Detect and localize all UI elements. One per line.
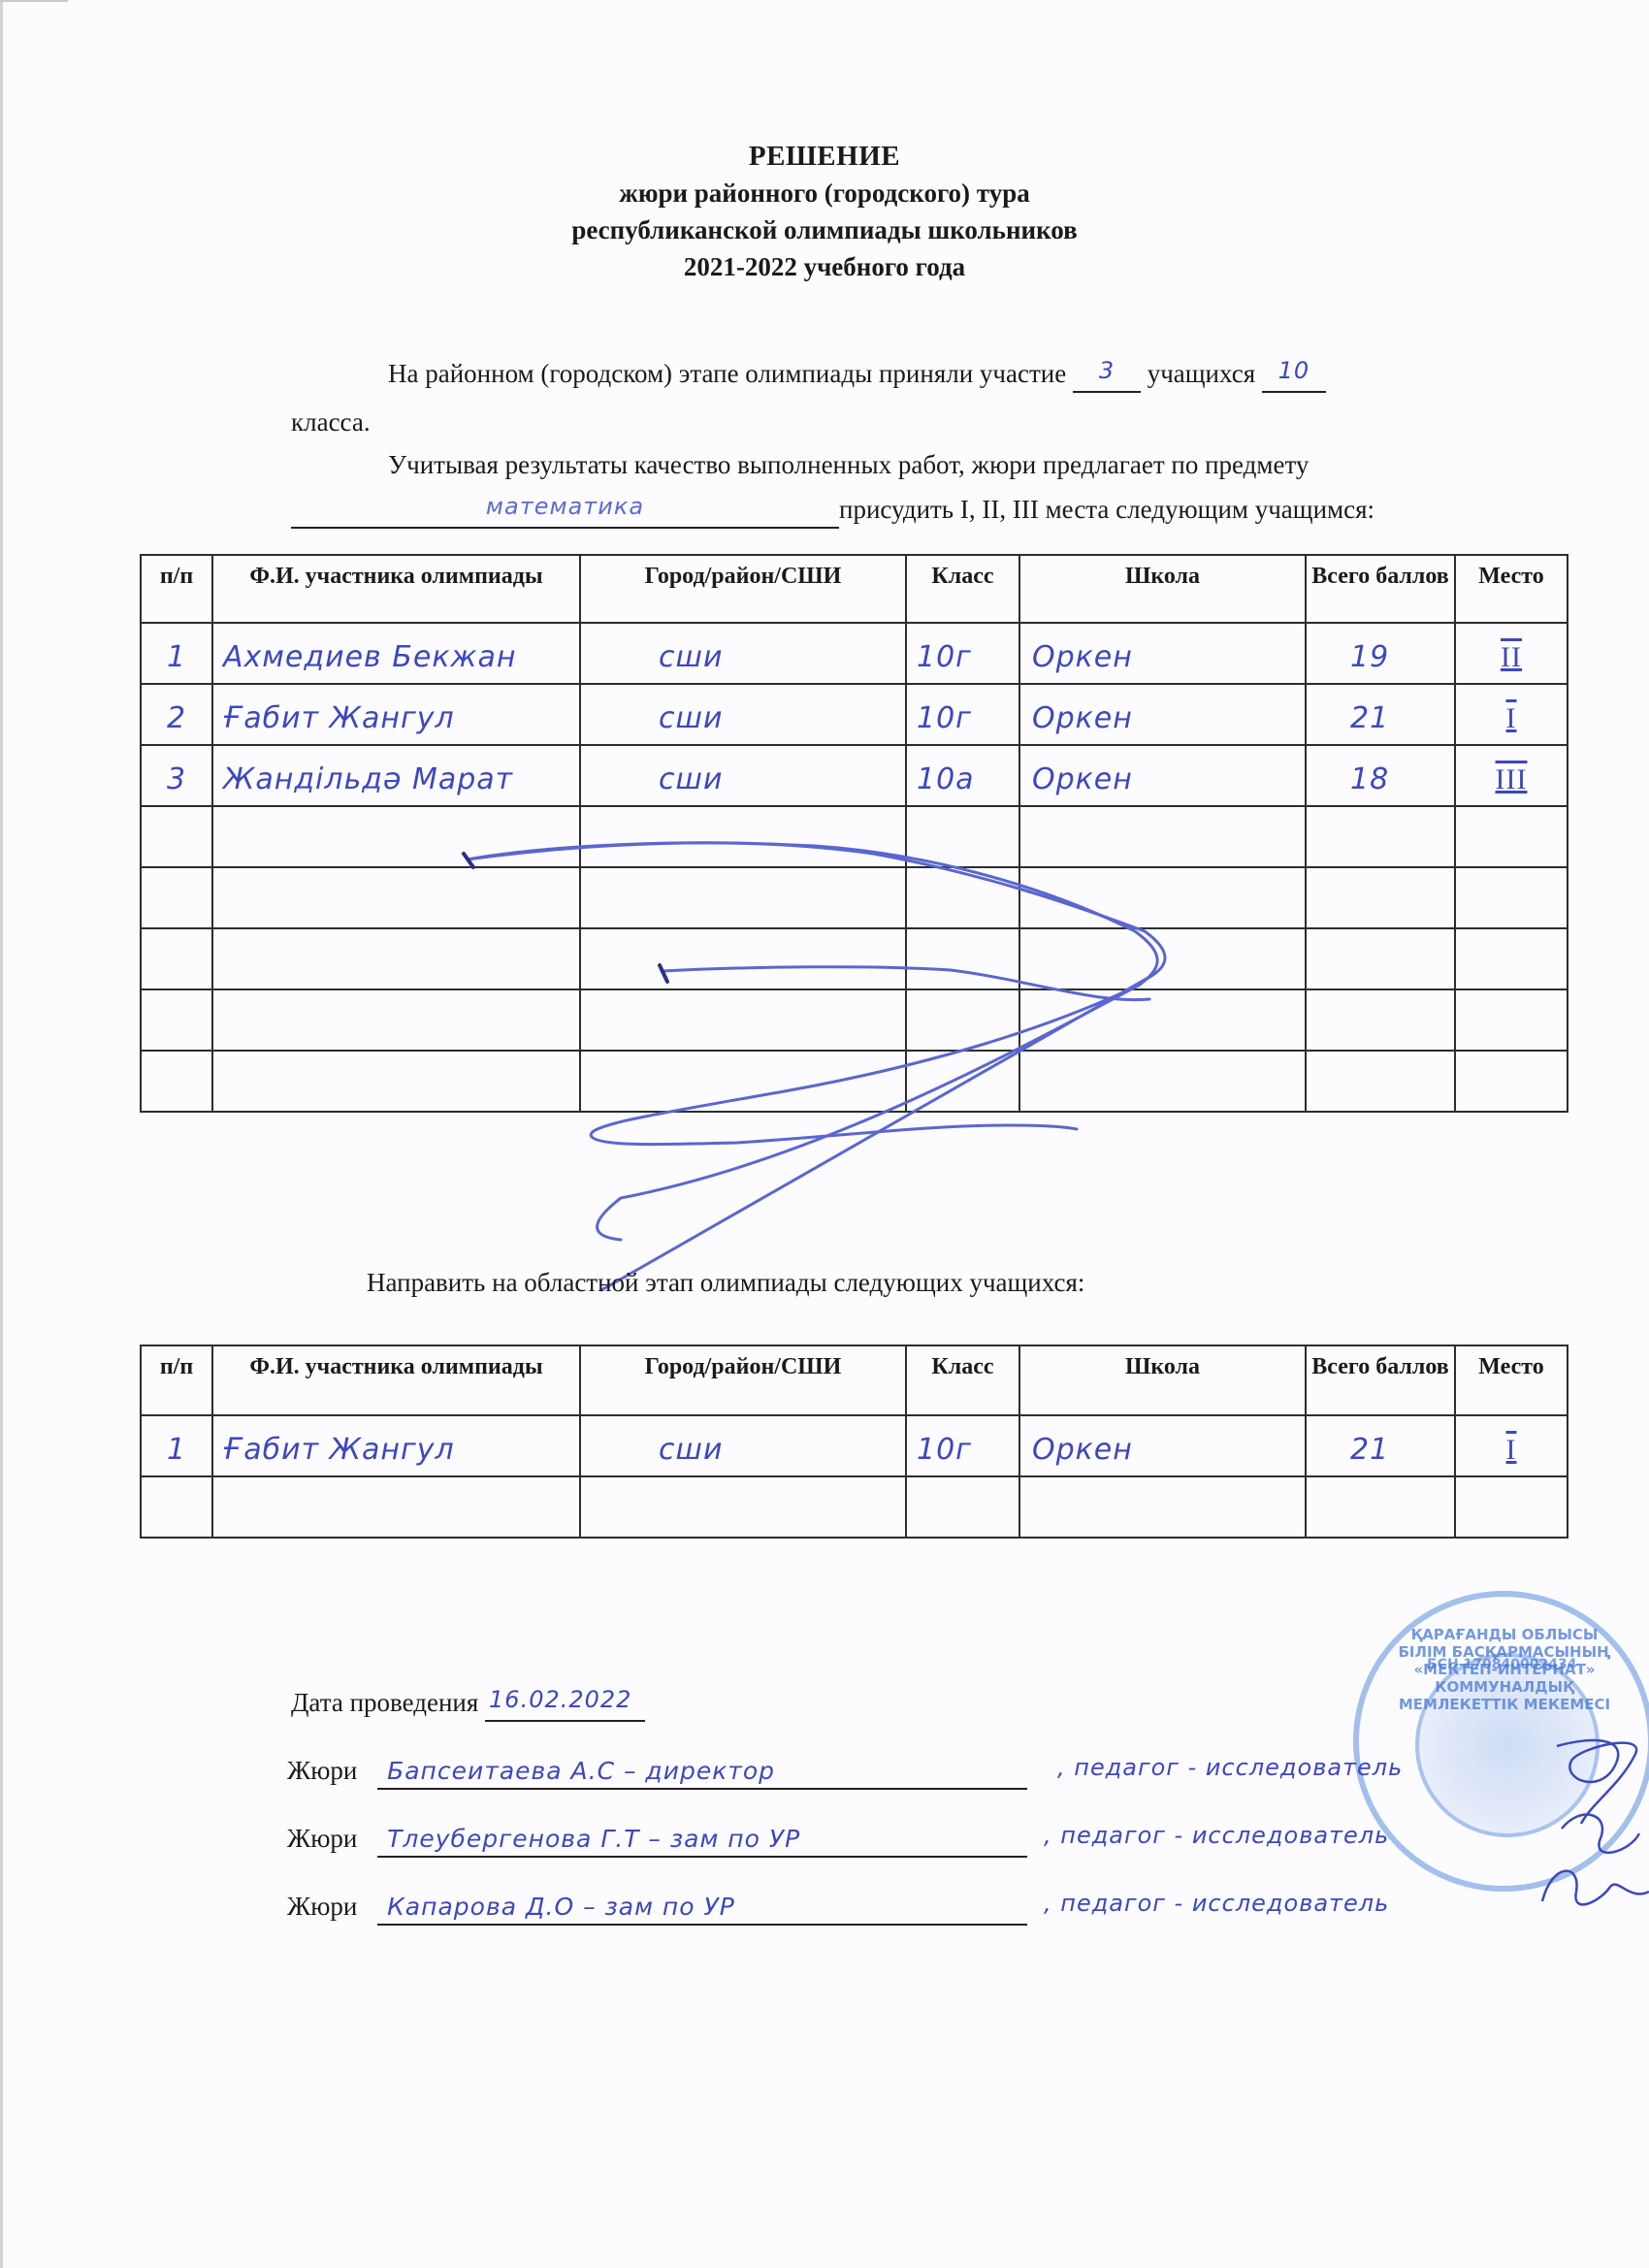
- cell-city-value: [581, 922, 905, 927]
- cell-score[interactable]: [1306, 989, 1455, 1051]
- cell-place-value: I: [1456, 699, 1567, 744]
- cell-score-value: [1307, 860, 1454, 866]
- cell-num-value: [142, 1531, 211, 1537]
- cell-score[interactable]: 19: [1306, 623, 1455, 684]
- cell-score-value: [1307, 1531, 1454, 1537]
- col-header-school: Школа: [1019, 1345, 1306, 1415]
- date-value: 16.02.2022: [485, 1686, 631, 1713]
- date-field[interactable]: 16.02.2022: [485, 1686, 645, 1722]
- cell-name[interactable]: [212, 1051, 580, 1112]
- col-header-name: Ф.И. участника олимпиады: [212, 1345, 580, 1415]
- cell-name[interactable]: [212, 989, 580, 1051]
- cell-city-value: сши: [581, 761, 905, 805]
- participants-count-field[interactable]: 3: [1073, 357, 1141, 393]
- intro-text-4: присудить I, II, III места следующим уча…: [839, 495, 1374, 524]
- cell-score-value: [1307, 922, 1454, 927]
- cell-num[interactable]: [141, 989, 212, 1051]
- cell-school-value: [1020, 1531, 1305, 1537]
- col-header-city: Город/район/СШИ: [580, 1345, 906, 1415]
- cell-school[interactable]: [1019, 1051, 1306, 1112]
- cell-class-value: 10г: [907, 638, 1018, 683]
- col-header-num: п/п: [141, 555, 212, 623]
- cell-city[interactable]: [580, 928, 906, 989]
- jury-label: Жюри: [287, 1756, 357, 1785]
- table-row: [141, 806, 1568, 867]
- cell-place-value: [1456, 860, 1567, 866]
- jury-line-1: Жюри Бапсеитаева А.С – директор: [287, 1754, 1027, 1790]
- document-title: РЕШЕНИЕ: [0, 138, 1649, 175]
- cell-class-value: 10а: [907, 761, 1018, 805]
- cell-name[interactable]: Ахмедиев Бекжан: [212, 623, 580, 684]
- cell-score-value: 18: [1307, 761, 1454, 805]
- intro-text-3: класса.: [291, 405, 371, 438]
- cell-num[interactable]: [141, 806, 212, 867]
- cell-place[interactable]: [1455, 1051, 1568, 1112]
- cell-class[interactable]: 10г: [906, 684, 1019, 745]
- cell-class[interactable]: 10г: [906, 1415, 1019, 1476]
- jury-label: Жюри: [287, 1824, 357, 1853]
- subject-field[interactable]: математика: [291, 493, 839, 529]
- cell-name[interactable]: [212, 806, 580, 867]
- cell-score[interactable]: [1306, 1051, 1455, 1112]
- table-row: 2Ғабит Жангулсши10гОркен21I: [141, 684, 1568, 745]
- cell-city-value: [581, 1105, 905, 1111]
- cell-city[interactable]: сши: [580, 684, 906, 745]
- signatures: [0, 0, 1649, 2268]
- cell-city-value: сши: [581, 1431, 905, 1475]
- jury-field-2[interactable]: Тлеубергенова Г.Т – зам по УР: [377, 1822, 1027, 1858]
- intro-line-2: Учитывая результаты качество выполненных…: [388, 448, 1309, 481]
- official-stamp: ҚАРАҒАНДЫ ОБЛЫСЫ БІЛІМ БАСҚАРМАСЫНЫҢ «МЕ…: [1353, 1591, 1649, 1892]
- cell-class-value: [907, 1531, 1018, 1537]
- cell-place[interactable]: II: [1455, 623, 1568, 684]
- document-header: РЕШЕНИЕ жюри районного (городского) тура…: [0, 138, 1649, 285]
- cell-num[interactable]: [141, 1051, 212, 1112]
- subtitle-line-3: 2021-2022 учебного года: [0, 248, 1649, 285]
- cell-num-value: 1: [142, 1431, 211, 1475]
- participants-count-value: 3: [1099, 357, 1115, 384]
- intro-line-3: математикаприсудить I, II, III места сле…: [291, 493, 1374, 529]
- cell-name-value: [213, 983, 579, 988]
- cell-city-value: [581, 983, 905, 988]
- cell-num[interactable]: 1: [141, 623, 212, 684]
- cell-class-value: [907, 860, 1018, 866]
- cell-place-value: [1456, 1105, 1567, 1111]
- jury-field-3[interactable]: Капарова Д.О – зам по УР: [377, 1890, 1027, 1926]
- cell-class[interactable]: [906, 806, 1019, 867]
- cell-score-value: 19: [1307, 638, 1454, 683]
- cell-score[interactable]: [1306, 806, 1455, 867]
- cell-place-value: I: [1456, 1431, 1567, 1475]
- jury-name-1: Бапсеитаева А.С – директор: [377, 1757, 775, 1785]
- cell-place[interactable]: [1455, 867, 1568, 928]
- table-header-row: п/п Ф.И. участника олимпиады Город/район…: [141, 555, 1568, 623]
- table-row: [141, 1051, 1568, 1112]
- date-line: Дата проведения 16.02.2022: [291, 1686, 645, 1722]
- subject-value: математика: [486, 493, 644, 520]
- cell-score[interactable]: [1306, 867, 1455, 928]
- cell-place[interactable]: [1455, 806, 1568, 867]
- cell-score[interactable]: 21: [1306, 684, 1455, 745]
- cell-city[interactable]: [580, 989, 906, 1051]
- col-header-score: Всего баллов: [1306, 555, 1455, 623]
- cell-class[interactable]: [906, 867, 1019, 928]
- cell-name-value: Ахмедиев Бекжан: [213, 638, 579, 683]
- cell-score-value: [1307, 1044, 1454, 1050]
- intro-line-1: На районном (городском) этапе олимпиады …: [388, 357, 1326, 393]
- cell-school[interactable]: [1019, 806, 1306, 867]
- table-row: [141, 989, 1568, 1051]
- cell-score[interactable]: 21: [1306, 1415, 1455, 1476]
- jury-label: Жюри: [287, 1892, 357, 1921]
- cell-place[interactable]: [1455, 989, 1568, 1051]
- cell-class-value: 10г: [907, 699, 1018, 744]
- cell-name[interactable]: Жандільдә Марат: [212, 745, 580, 806]
- cell-num-value: [142, 1105, 211, 1111]
- col-header-num: п/п: [141, 1345, 212, 1415]
- cell-num-value: 3: [142, 761, 211, 805]
- date-label: Дата проведения: [291, 1688, 478, 1717]
- cell-name-value: Жандільдә Марат: [213, 761, 579, 805]
- table-row: [141, 928, 1568, 989]
- cell-score[interactable]: 18: [1306, 745, 1455, 806]
- cell-city[interactable]: [580, 1051, 906, 1112]
- cell-num-value: 1: [142, 638, 211, 683]
- col-header-score: Всего баллов: [1306, 1345, 1455, 1415]
- jury-name-3: Капарова Д.О – зам по УР: [377, 1893, 735, 1921]
- cell-school-value: [1020, 1105, 1305, 1111]
- cell-school[interactable]: Оркен: [1019, 623, 1306, 684]
- jury-role-2: , педагог - исследователь: [1044, 1822, 1389, 1849]
- cell-num[interactable]: [141, 867, 212, 928]
- cell-school[interactable]: [1019, 989, 1306, 1051]
- cell-num-value: [142, 983, 211, 988]
- cell-class-value: [907, 922, 1018, 927]
- cell-place[interactable]: I: [1455, 1415, 1568, 1476]
- cell-city[interactable]: [580, 1476, 906, 1538]
- cell-school[interactable]: Оркен: [1019, 684, 1306, 745]
- cell-score-value: [1307, 983, 1454, 988]
- cell-num-value: [142, 860, 211, 866]
- table-row: [141, 867, 1568, 928]
- cell-city[interactable]: [580, 867, 906, 928]
- strikeout-mark: [0, 0, 1649, 2268]
- jury-role-3: , педагог - исследователь: [1044, 1890, 1389, 1917]
- col-header-school: Школа: [1019, 555, 1306, 623]
- cell-name-value: Ғабит Жангул: [213, 699, 579, 744]
- cell-city[interactable]: сши: [580, 623, 906, 684]
- col-header-class: Класс: [906, 555, 1019, 623]
- table-row: 3Жандільдә Маратсши10аОркен18III: [141, 745, 1568, 806]
- cell-place[interactable]: III: [1455, 745, 1568, 806]
- intro-text-2: учащихся: [1148, 359, 1255, 388]
- cell-place-value: III: [1456, 761, 1567, 805]
- cell-place[interactable]: I: [1455, 684, 1568, 745]
- cell-class[interactable]: 10г: [906, 623, 1019, 684]
- cell-class-value: 10г: [907, 1431, 1018, 1475]
- grade-field[interactable]: 10: [1262, 357, 1326, 393]
- cell-num-value: [142, 922, 211, 927]
- cell-score[interactable]: [1306, 928, 1455, 989]
- regional-heading: Направить на областной этап олимпиады сл…: [367, 1266, 1084, 1299]
- cell-num[interactable]: 2: [141, 684, 212, 745]
- cell-class[interactable]: [906, 928, 1019, 989]
- cell-school-value: [1020, 1044, 1305, 1050]
- jury-field-1[interactable]: Бапсеитаева А.С – директор: [377, 1754, 1027, 1790]
- cell-num-value: 2: [142, 699, 211, 744]
- cell-city[interactable]: сши: [580, 1415, 906, 1476]
- col-header-class: Класс: [906, 1345, 1019, 1415]
- cell-num[interactable]: 3: [141, 745, 212, 806]
- table-header-row: п/п Ф.И. участника олимпиады Город/район…: [141, 1345, 1568, 1415]
- cell-name-value: [213, 1044, 579, 1050]
- cell-name-value: [213, 860, 579, 866]
- cell-city-value: [581, 1044, 905, 1050]
- cell-school[interactable]: Оркен: [1019, 1415, 1306, 1476]
- cell-score-value: 21: [1307, 1431, 1454, 1475]
- cell-school[interactable]: [1019, 1476, 1306, 1538]
- regional-table: п/п Ф.И. участника олимпиады Город/район…: [140, 1345, 1568, 1539]
- cell-city[interactable]: [580, 806, 906, 867]
- table-row: 1Ахмедиев Бекжансши10гОркен19II: [141, 623, 1568, 684]
- cell-school-value: Оркен: [1020, 638, 1305, 683]
- cell-place-value: [1456, 983, 1567, 988]
- table-row: [141, 1476, 1568, 1538]
- cell-class[interactable]: [906, 989, 1019, 1051]
- col-header-place: Место: [1455, 1345, 1568, 1415]
- intro-text-1: На районном (городском) этапе олимпиады …: [388, 359, 1066, 388]
- cell-name-value: Ғабит Жангул: [213, 1431, 579, 1475]
- col-header-name: Ф.И. участника олимпиады: [212, 555, 580, 623]
- cell-name[interactable]: [212, 928, 580, 989]
- cell-num-value: [142, 1044, 211, 1050]
- cell-class[interactable]: [906, 1051, 1019, 1112]
- winners-table: п/п Ф.И. участника олимпиады Город/район…: [140, 554, 1568, 1113]
- cell-place-value: [1456, 922, 1567, 927]
- cell-place[interactable]: [1455, 1476, 1568, 1538]
- cell-city[interactable]: сши: [580, 745, 906, 806]
- col-header-city: Город/район/СШИ: [580, 555, 906, 623]
- cell-city-value: сши: [581, 699, 905, 744]
- grade-value: 10: [1278, 357, 1310, 384]
- jury-name-2: Тлеубергенова Г.Т – зам по УР: [377, 1825, 800, 1853]
- cell-place-value: [1456, 1531, 1567, 1537]
- cell-city-value: [581, 1531, 905, 1537]
- subtitle-line-2: республиканской олимпиады школьников: [0, 211, 1649, 248]
- stamp-bin: БСН 170840002434: [1427, 1657, 1576, 1672]
- cell-school-value: Оркен: [1020, 699, 1305, 744]
- cell-class[interactable]: [906, 1476, 1019, 1538]
- cell-place-value: [1456, 1044, 1567, 1050]
- cell-place[interactable]: [1455, 928, 1568, 989]
- cell-name[interactable]: Ғабит Жангул: [212, 1415, 580, 1476]
- cell-city-value: сши: [581, 638, 905, 683]
- col-header-place: Место: [1455, 555, 1568, 623]
- cell-name[interactable]: [212, 867, 580, 928]
- cell-name-value: [213, 1531, 579, 1537]
- cell-place-value: II: [1456, 638, 1567, 683]
- cell-city-value: [581, 860, 905, 866]
- cell-name-value: [213, 922, 579, 927]
- cell-num[interactable]: [141, 1476, 212, 1538]
- cell-school-value: [1020, 922, 1305, 927]
- scan-edge-top: [0, 0, 68, 2]
- cell-num[interactable]: 1: [141, 1415, 212, 1476]
- cell-school[interactable]: [1019, 928, 1306, 989]
- cell-school[interactable]: Оркен: [1019, 745, 1306, 806]
- cell-class[interactable]: 10а: [906, 745, 1019, 806]
- cell-class-value: [907, 1105, 1018, 1111]
- cell-school-value: [1020, 983, 1305, 988]
- subtitle-line-1: жюри районного (городского) тура: [0, 175, 1649, 211]
- cell-school-value: [1020, 860, 1305, 866]
- scan-edge: [0, 0, 3, 2268]
- jury-line-3: Жюри Капарова Д.О – зам по УР: [287, 1890, 1027, 1926]
- cell-school-value: Оркен: [1020, 761, 1305, 805]
- cell-name[interactable]: Ғабит Жангул: [212, 684, 580, 745]
- cell-score-value: 21: [1307, 699, 1454, 744]
- cell-school-value: Оркен: [1020, 1431, 1305, 1475]
- cell-num[interactable]: [141, 928, 212, 989]
- cell-score[interactable]: [1306, 1476, 1455, 1538]
- cell-class-value: [907, 983, 1018, 988]
- table-row: 1Ғабит Жангулсши10гОркен21I: [141, 1415, 1568, 1476]
- cell-school[interactable]: [1019, 867, 1306, 928]
- cell-score-value: [1307, 1105, 1454, 1111]
- jury-role-1: , педагог - исследователь: [1057, 1754, 1403, 1781]
- cell-name[interactable]: [212, 1476, 580, 1538]
- jury-line-2: Жюри Тлеубергенова Г.Т – зам по УР: [287, 1822, 1027, 1858]
- cell-name-value: [213, 1105, 579, 1111]
- cell-class-value: [907, 1044, 1018, 1050]
